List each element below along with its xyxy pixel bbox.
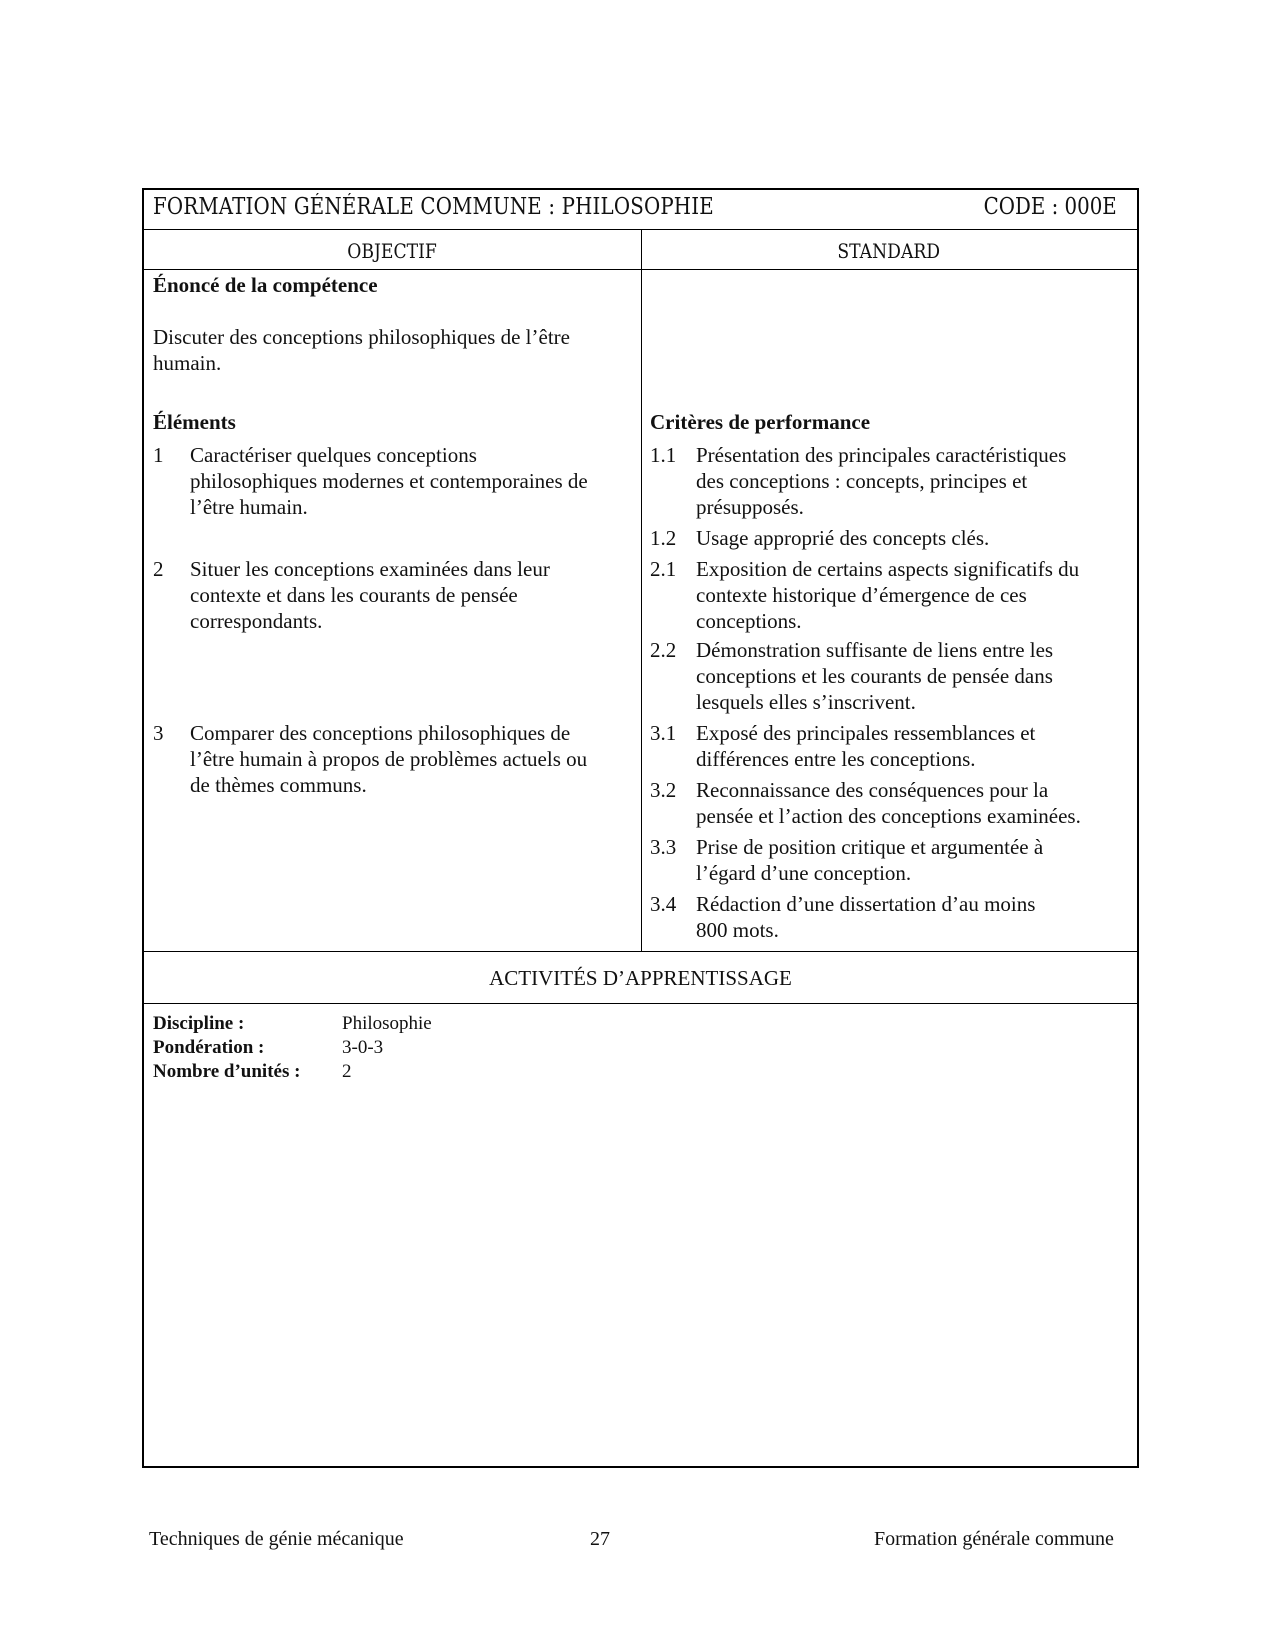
unites-label: Nombre d’unités : (153, 1060, 300, 1084)
footer-section: Formation générale commune (874, 1526, 1114, 1552)
document-page: FORMATION GÉNÉRALE COMMUNE : PHILOSOPHIE… (0, 0, 1275, 1650)
course-table: FORMATION GÉNÉRALE COMMUNE : PHILOSOPHIE… (142, 188, 1139, 1468)
activities-heading: ACTIVITÉS D’APPRENTISSAGE (144, 952, 1137, 1004)
divider (144, 1003, 1137, 1004)
competence-line: Discuter des conceptions philosophiques … (153, 324, 570, 350)
footer-program: Techniques de génie mécanique (149, 1526, 404, 1552)
competence-heading: Énoncé de la compétence (153, 272, 378, 298)
course-title: FORMATION GÉNÉRALE COMMUNE : PHILOSOPHIE (153, 194, 714, 220)
discipline-label: Discipline : (153, 1012, 244, 1036)
unites-value: 2 (342, 1060, 352, 1084)
page-number: 27 (590, 1526, 610, 1552)
ponderation-value: 3-0-3 (342, 1036, 383, 1060)
criteria-heading: Critères de performance (650, 409, 870, 435)
elements-heading: Éléments (153, 409, 236, 435)
ponderation-label: Pondération : (153, 1036, 264, 1060)
standard-header: STANDARD (641, 231, 1137, 271)
column-divider (641, 229, 642, 951)
course-code: CODE : 000E (984, 194, 1117, 220)
objectif-header: OBJECTIF (144, 231, 641, 271)
competence-line: humain. (153, 350, 221, 376)
discipline-value: Philosophie (342, 1012, 432, 1036)
